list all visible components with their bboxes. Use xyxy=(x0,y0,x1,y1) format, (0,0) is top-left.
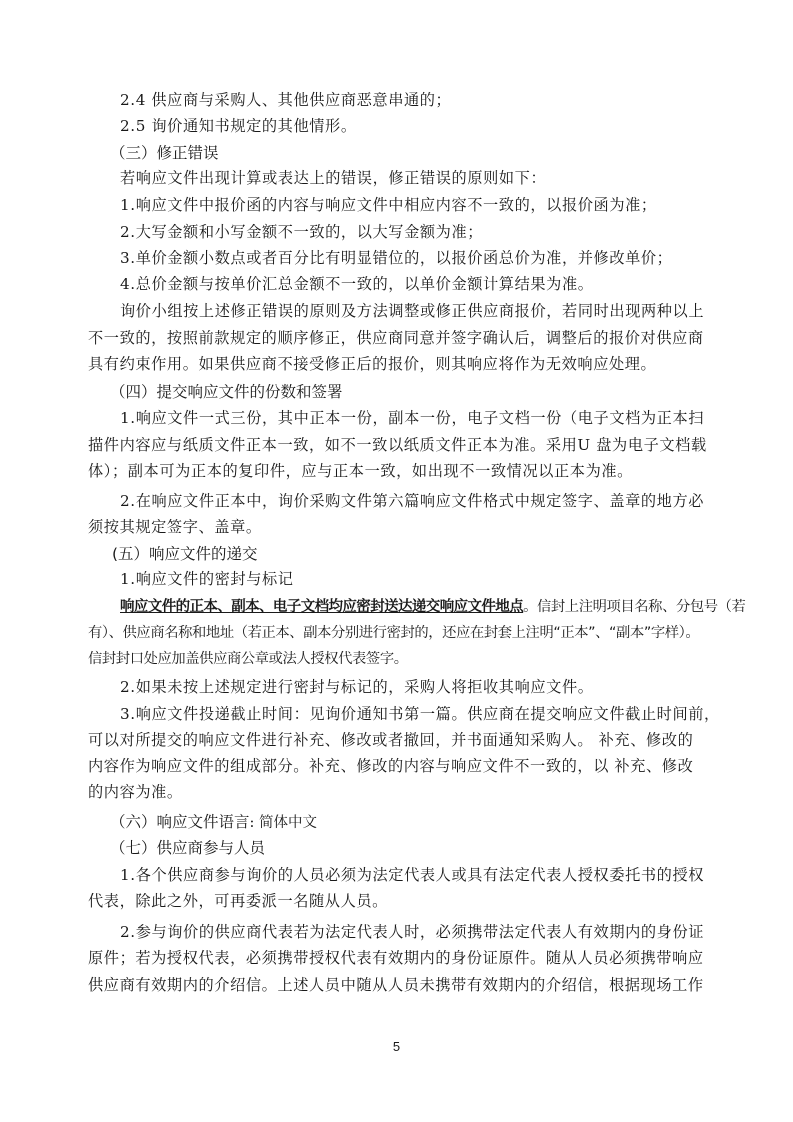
list-item: 2.参与询价的供应商代表若为法定代表人时，必须携带法定代表人有效期内的身份证 xyxy=(120,922,740,942)
list-item: 2.在响应文件正本中，询价采购文件第六篇响应文件格式中规定签字、盖章的地方必 xyxy=(120,491,740,511)
paragraph-text: 代表，除此之外，可再委派一名随从人员。 xyxy=(88,891,708,911)
section-heading-4: （四）提交响应文件的份数和签署 xyxy=(110,382,730,402)
list-item: 2.如果未按上述规定进行密封与标记的，采购人将拒收其响应文件。 xyxy=(120,677,740,697)
paragraph-text: 须按其规定签字、盖章。 xyxy=(88,517,708,537)
list-item: 4.总价金额与按单价汇总金额不一致的，以单价金额计算结果为准。 xyxy=(120,274,740,294)
clause-2-4: 2.4 供应商与采购人、其他供应商恶意串通的； xyxy=(120,90,740,110)
emphasized-text: 响应文件的正本、副本、电子文档均应密封送达递交响应文件地点 xyxy=(120,599,523,615)
list-item: 3.响应文件投递截止时间：见询价通知书第一篇。供应商在提交响应文件截止时间前， xyxy=(120,704,740,724)
list-item: 2.大写金额和小写金额不一致的，以大写金额为准； xyxy=(120,222,740,242)
paragraph-text: 有）、供应商名称和地址（若正本、副本分别进行密封的，还应在封套上注明“正本”、“… xyxy=(88,623,708,643)
paragraph-text: 原件；若为授权代表，必须携带授权代表有效期内的身份证原件。随从人员必须携带响应 xyxy=(88,948,708,968)
paragraph-text: 供应商有效期内的介绍信。上述人员中随从人员未携带有效期内的介绍信，根据现场工作 xyxy=(88,975,708,995)
paragraph-text: 若响应文件出现计算或表达上的错误，修正错误的原则如下： xyxy=(120,168,740,188)
section-heading-6: （六）响应文件语言: 简体中文 xyxy=(110,812,730,833)
list-item: 1.各个供应商参与询价的人员必须为法定代表人或具有法定代表人授权委托书的授权 xyxy=(120,865,740,885)
heading-label: （六）响应文件语言 xyxy=(110,813,250,831)
list-item: 3.单价金额小数点或者百分比有明显错位的，以报价函总价为准，并修改单价； xyxy=(120,248,740,268)
list-item: 1.响应文件中报价函的内容与响应文件中相应内容不一致的，以报价函为准； xyxy=(120,195,740,215)
section-heading-5: (五）响应文件的递交 xyxy=(112,544,732,564)
paragraph-text: 可以对所提交的响应文件进行补充、修改或者撤回，并书面通知采购人。 补充、修改的 xyxy=(88,730,708,750)
page-number: 5 xyxy=(0,1039,793,1054)
paragraph-text: 信封封口处应加盖供应商公章或法人授权代表签字。 xyxy=(88,649,708,669)
section-heading-7: （七）供应商参与人员 xyxy=(110,838,730,858)
paragraph-text: 响应文件的正本、副本、电子文档均应密封送达递交响应文件地点。信封上注明项目名称、… xyxy=(120,596,740,617)
heading-value: : 简体中文 xyxy=(250,815,318,831)
list-item: 1.响应文件的密封与标记 xyxy=(120,569,740,589)
paragraph-text: 描件内容应与纸质文件正本一致，如不一致以纸质文件正本为准。采用U 盘为电子文档载 xyxy=(88,435,708,455)
paragraph-text: 。信封上注明项目名称、分包号（若 xyxy=(523,599,745,615)
paragraph-text: 的内容为准。 xyxy=(88,782,708,802)
paragraph-text: 具有约束作用。如果供应商不接受修正后的报价，则其响应将作为无效响应处理。 xyxy=(88,354,708,374)
paragraph-text: 体）；副本可为正本的复印件，应与正本一致，如出现不一致情况以正本为准。 xyxy=(88,461,708,481)
clause-2-5: 2.5 询价通知书规定的其他情形。 xyxy=(120,116,740,136)
section-heading-3: （三）修正错误 xyxy=(110,143,730,163)
paragraph-text: 内容作为响应文件的组成部分。补充、修改的内容与响应文件不一致的，以 补充、修改 xyxy=(88,756,708,776)
list-item: 1.响应文件一式三份，其中正本一份，副本一份，电子文档一份（电子文档为正本扫 xyxy=(120,408,740,428)
paragraph-text: 询价小组按上述修正错误的原则及方法调整或修正供应商报价，若同时出现两种以上 xyxy=(120,301,740,321)
paragraph-text: 不一致的，按照前款规定的顺序修正，供应商同意并签字确认后，调整后的报价对供应商 xyxy=(88,328,708,348)
